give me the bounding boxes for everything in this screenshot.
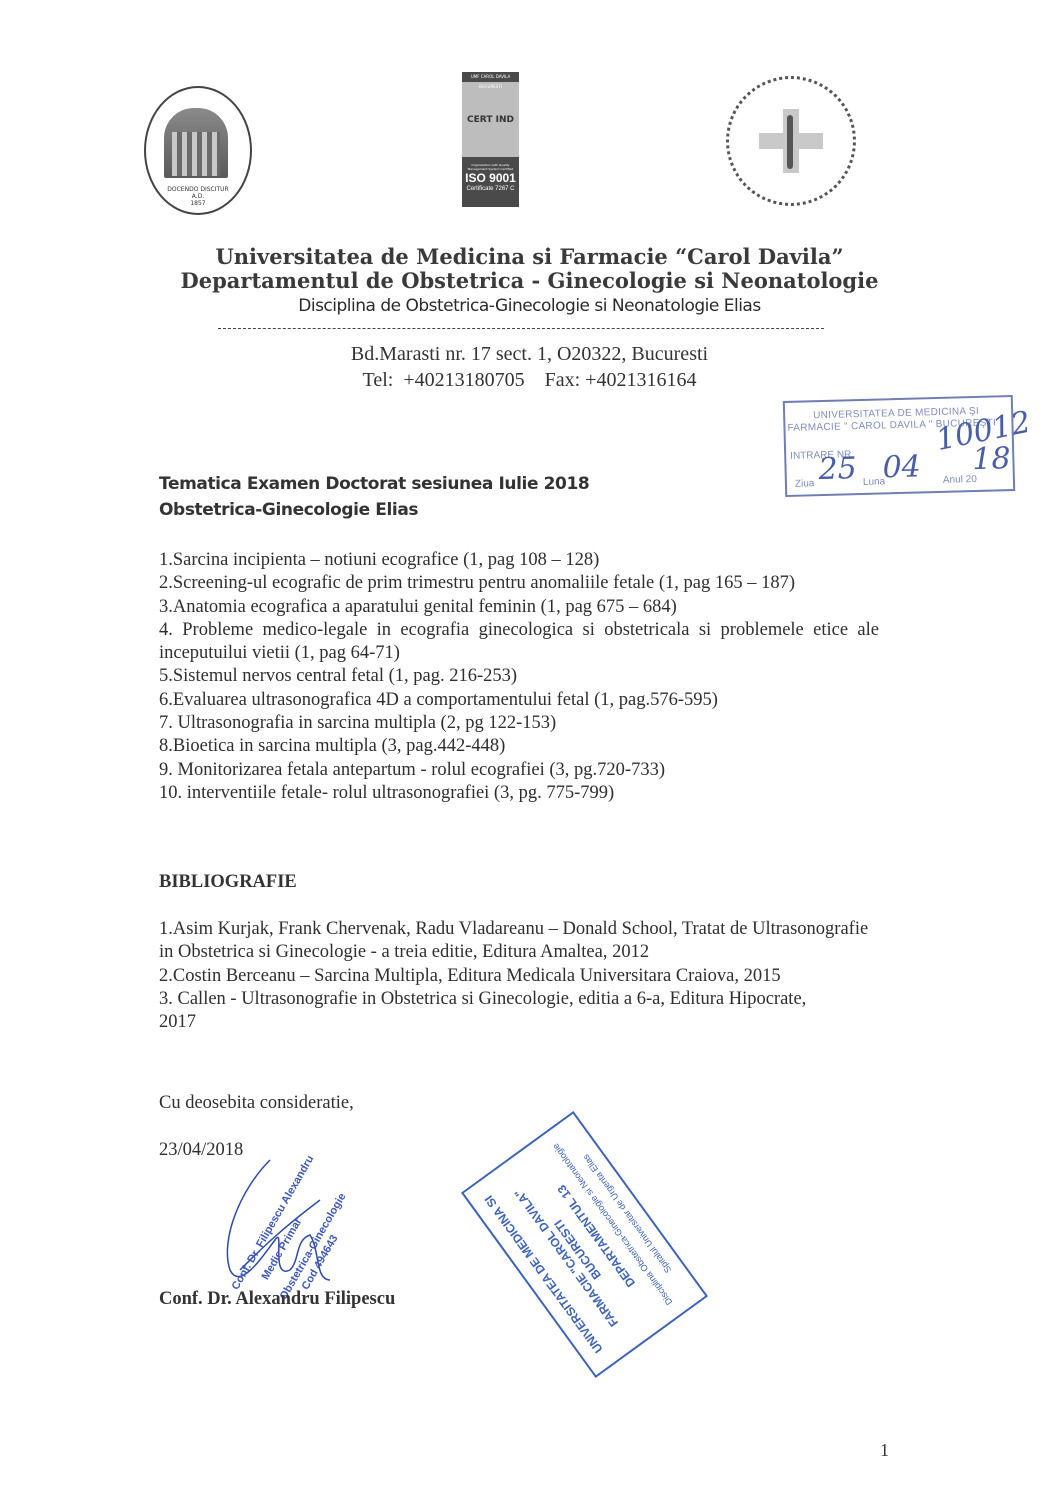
topic-item: 6.Evaluarea ultrasonografica 4D a compor… (159, 689, 879, 712)
reg-month: 04 (882, 449, 921, 485)
phone-fax: Tel: +40213180705 Fax: +4021316164 (0, 369, 1059, 392)
topic-item: 2.Screening-ul ecografic de prim trimest… (159, 572, 879, 595)
umf-seal-motto: DOCENDO DISCITUR A.D. 1857 (146, 186, 250, 207)
university-name: Universitatea de Medicina si Farmacie “C… (0, 244, 1059, 269)
reg-year: 18 (972, 441, 1011, 477)
topic-item: 4. Probleme medico-legale in ecografia g… (159, 619, 879, 666)
topic-item: 5.Sistemul nervos central fetal (1, pag.… (159, 665, 879, 688)
building-icon (164, 108, 228, 178)
bibliography-item: 1.Asim Kurjak, Frank Chervenak, Radu Vla… (159, 918, 879, 965)
exam-subtitle: Obstetrica-Ginecologie Elias (159, 500, 418, 520)
closing-salutation: Cu deosebita consideratie, (159, 1093, 354, 1114)
topic-item: 10. interventiile fetale- rolul ultrason… (159, 782, 879, 805)
elias-hospital-seal (726, 76, 856, 206)
bibliography-item: 2.Costin Berceanu – Sarcina Multipla, Ed… (159, 965, 879, 988)
signer-name: Conf. Dr. Alexandru Filipescu (159, 1289, 395, 1310)
topics-list: 1.Sarcina incipienta – notiuni ecografic… (159, 549, 879, 805)
umf-motto: DOCENDO DISCITUR (146, 186, 250, 193)
umf-year: 1857 (146, 200, 250, 207)
iso-small-text: Organization with Quality Management Sys… (462, 157, 519, 171)
iso-9001-logo: UMF CAROL DAVILA BUCURESTI CERT IND Orga… (462, 72, 519, 207)
certind-mark: CERT IND (462, 82, 519, 157)
signature-stamp: Conf. Dr. Filipescu Alexandru Medic Prim… (200, 1130, 400, 1300)
page-number: 1 (880, 1440, 889, 1461)
bibliography-item: 3. Callen - Ultrasonografie in Obstetric… (159, 988, 819, 1035)
department-name: Departamentul de Obstetrica - Ginecologi… (0, 268, 1059, 293)
topic-item: 1.Sarcina incipienta – notiuni ecografic… (159, 549, 879, 572)
registration-stamp: UNIVERSITATEA DE MEDICINA ŞI FARMACIE " … (783, 395, 1015, 497)
department-stamp: UNIVERSITATEA DE MEDICINA SI FARMACIE "C… (461, 1111, 708, 1378)
reg-day: 25 (818, 451, 857, 487)
topic-item: 8.Bioetica in sarcina multipla (3, pag.4… (159, 735, 879, 758)
rod-of-asclepius-icon (787, 115, 793, 169)
umf-ad: A.D. (146, 193, 250, 200)
exam-title: Tematica Examen Doctorat sesiunea Iulie … (159, 474, 589, 494)
address: Bd.Marasti nr. 17 sect. 1, O20322, Bucur… (0, 343, 1059, 366)
bibliography-list: 1.Asim Kurjak, Frank Chervenak, Radu Vla… (159, 918, 879, 1034)
header-divider (218, 328, 824, 329)
iso-standard: ISO 9001 (462, 171, 519, 185)
iso-logo-top: UMF CAROL DAVILA BUCURESTI (462, 72, 519, 82)
iso-certificate: Certificate 7267 C (462, 185, 519, 193)
reg-day-label: Ziua (795, 478, 815, 490)
discipline-name: Disciplina de Obstetrica-Ginecologie si … (0, 296, 1059, 316)
topic-item: 9. Monitorizarea fetala antepartum - rol… (159, 759, 879, 782)
topic-item: 3.Anatomia ecografica a aparatului genit… (159, 596, 879, 619)
document-page: DOCENDO DISCITUR A.D. 1857 UMF CAROL DAV… (0, 0, 1059, 1498)
bibliography-heading: BIBLIOGRAFIE (159, 872, 297, 893)
umf-seal-logo: DOCENDO DISCITUR A.D. 1857 (144, 86, 252, 215)
iso-logo-bottom: Organization with Quality Management Sys… (462, 157, 519, 207)
topic-item: 7. Ultrasonografia in sarcina multipla (… (159, 712, 879, 735)
